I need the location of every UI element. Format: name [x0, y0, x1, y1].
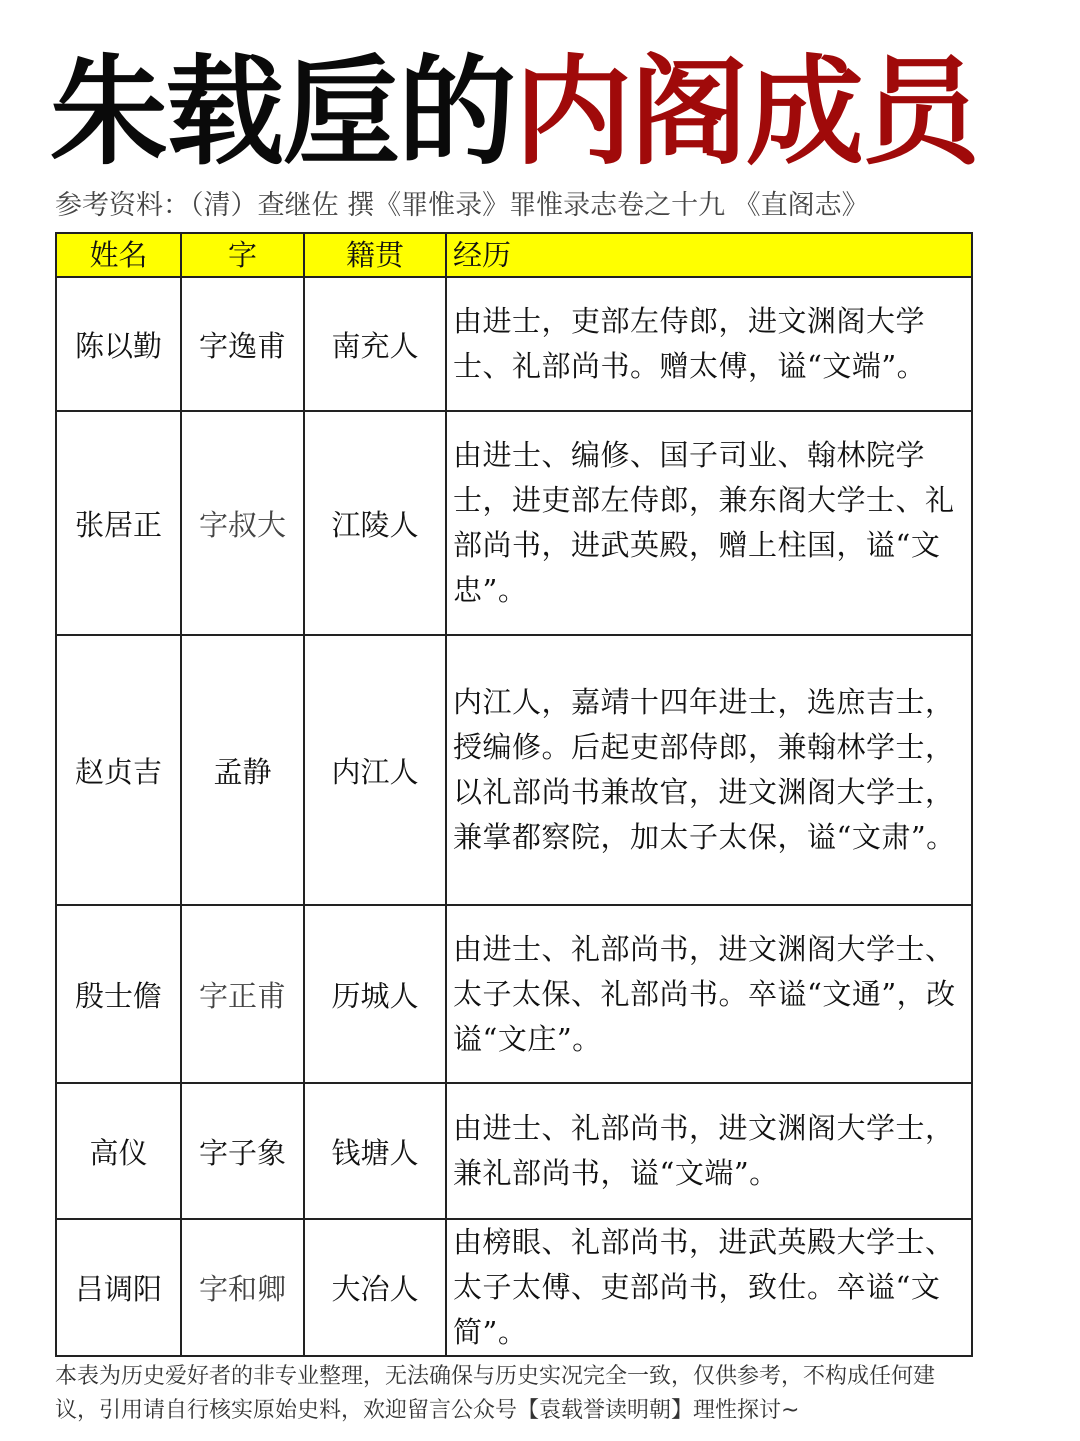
- cell-career: 内江人，嘉靖十四年进士，选庶吉士，授编修。后起吏部侍郎，兼翰林学士，以礼部尚书兼…: [446, 635, 972, 905]
- cell-name: 吕调阳: [56, 1219, 181, 1356]
- cell-career: 由榜眼、礼部尚书，进武英殿大学士、太子太傅、吏部尚书，致仕。卒谥“文简”。: [446, 1219, 972, 1356]
- cell-courtesy: 孟静: [181, 635, 304, 905]
- cell-courtesy: 字正甫: [181, 905, 304, 1083]
- cell-origin: 大冶人: [304, 1219, 446, 1356]
- cell-courtesy: 字逸甫: [181, 277, 304, 411]
- cell-name: 殷士儋: [56, 905, 181, 1083]
- page-title: 朱载垕的内阁成员: [50, 42, 1010, 182]
- cell-name: 赵贞吉: [56, 635, 181, 905]
- cell-origin: 江陵人: [304, 411, 446, 635]
- cell-name: 高仪: [56, 1083, 181, 1219]
- cell-career: 由进士、礼部尚书，进文渊阁大学士，兼礼部尚书，谥“文端”。: [446, 1083, 972, 1219]
- column-header-origin: 籍贯: [304, 233, 446, 277]
- cell-name: 陈以勤: [56, 277, 181, 411]
- cell-origin: 历城人: [304, 905, 446, 1083]
- cell-courtesy: 字和卿: [181, 1219, 304, 1356]
- disclaimer-line-1: 本表为历史爱好者的非专业整理，无法确保与历史实况完全一致，仅供参考，不构成任何建: [55, 1360, 995, 1394]
- table-row: 赵贞吉 孟静 内江人 内江人，嘉靖十四年进士，选庶吉士，授编修。后起吏部侍郎，兼…: [56, 635, 972, 905]
- column-header-career: 经历: [446, 233, 972, 277]
- table-row: 张居正 字叔大 江陵人 由进士、编修、国子司业、翰林院学士，进吏部左侍郎，兼东阁…: [56, 411, 972, 635]
- cell-career: 由进士、礼部尚书，进文渊阁大学士、太子太保、礼部尚书。卒谥“文通”，改谥“文庄”…: [446, 905, 972, 1083]
- cell-origin: 内江人: [304, 635, 446, 905]
- column-header-courtesy: 字: [181, 233, 304, 277]
- cell-courtesy: 字子象: [181, 1083, 304, 1219]
- reference-source: 参考资料：（清）查继佐 撰《罪惟录》罪惟录志卷之十九 《直阁志》: [55, 186, 985, 226]
- disclaimer-line-2: 议，引用请自行核实原始史料，欢迎留言公众号【袁载誉读明朝】理性探讨~: [55, 1394, 995, 1428]
- disclaimer-footer: 本表为历史爱好者的非专业整理，无法确保与历史实况完全一致，仅供参考，不构成任何建…: [55, 1360, 995, 1428]
- table-row: 殷士儋 字正甫 历城人 由进士、礼部尚书，进文渊阁大学士、太子太保、礼部尚书。卒…: [56, 905, 972, 1083]
- cabinet-members-table: 姓名 字 籍贯 经历 陈以勤 字逸甫 南充人 由进士，吏部左侍郎，进文渊阁大学士…: [55, 232, 973, 1357]
- table-header-row: 姓名 字 籍贯 经历: [56, 233, 972, 277]
- cell-courtesy: 字叔大: [181, 411, 304, 635]
- title-part-red: 内阁成员: [514, 43, 978, 181]
- title-part-black: 朱载垕的: [50, 43, 514, 181]
- cell-origin: 南充人: [304, 277, 446, 411]
- table-row: 高仪 字子象 钱塘人 由进士、礼部尚书，进文渊阁大学士，兼礼部尚书，谥“文端”。: [56, 1083, 972, 1219]
- column-header-name: 姓名: [56, 233, 181, 277]
- cell-name: 张居正: [56, 411, 181, 635]
- table-row: 陈以勤 字逸甫 南充人 由进士，吏部左侍郎，进文渊阁大学士、礼部尚书。赠太傅，谥…: [56, 277, 972, 411]
- table-row: 吕调阳 字和卿 大冶人 由榜眼、礼部尚书，进武英殿大学士、太子太傅、吏部尚书，致…: [56, 1219, 972, 1356]
- cell-career: 由进士，吏部左侍郎，进文渊阁大学士、礼部尚书。赠太傅，谥“文端”。: [446, 277, 972, 411]
- cell-origin: 钱塘人: [304, 1083, 446, 1219]
- cell-career: 由进士、编修、国子司业、翰林院学士，进吏部左侍郎，兼东阁大学士、礼部尚书，进武英…: [446, 411, 972, 635]
